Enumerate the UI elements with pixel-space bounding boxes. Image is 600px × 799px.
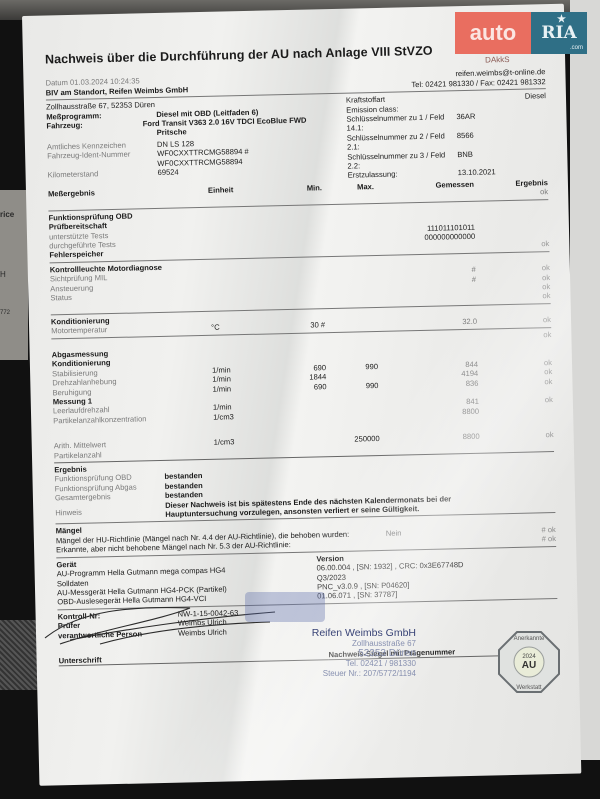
background-left-sheet: rice H 772 <box>0 190 28 360</box>
device-version: 01.06.071 , [SN: 37787] <box>317 590 397 601</box>
mean-unit: 1/cm3 <box>214 436 292 447</box>
row-unit: °C <box>211 321 289 332</box>
left-fragment-3: 772 <box>0 310 10 316</box>
document-body: Nachweis über die Durchführung der AU na… <box>45 44 559 667</box>
stamp-tax: Steuer Nr.: 207/5772/1194 <box>296 669 416 679</box>
blue-stamp-smudge <box>245 592 325 622</box>
defects-line-2-result: # ok <box>446 534 556 546</box>
watermark-ria: ★ RIA .com <box>531 12 587 54</box>
vehicle-body: Pritsche <box>157 128 187 138</box>
watermark-ria-text: RIA <box>541 23 576 43</box>
key2-value: 8566 <box>457 131 474 150</box>
vin-value-2: WF0CXXTTRCMG58894 <box>157 157 242 168</box>
row-unit: 1/cm3 <box>213 411 291 422</box>
watermark-auto: auto <box>455 12 531 54</box>
stamp-tel: Tel. 02421 / 981330 <box>296 659 416 669</box>
au-workshop-seal-icon: Anerkannte Werkstatt 2024 AU <box>497 630 561 694</box>
key2-label: Schlüsselnummer zu 2 / Feld 2.1: <box>347 131 457 152</box>
registration-label: Erstzulassung: <box>348 169 458 181</box>
svg-text:Werkstatt: Werkstatt <box>516 685 542 691</box>
watermark-ria-sub: .com <box>570 45 583 51</box>
key1-value: 36AR <box>456 112 475 131</box>
row-unit: 1/min <box>212 383 290 394</box>
left-fragment-1: rice <box>0 210 14 219</box>
stamp-city: 52353 Düren <box>296 649 416 659</box>
row-result: ok <box>477 315 551 326</box>
km-label: Kilometerstand <box>48 168 158 180</box>
row-min: 690 <box>290 382 326 392</box>
mean-max: 250000 <box>328 434 380 445</box>
row-max: 990 <box>326 381 378 392</box>
key3-label: Schlüsselnummer zu 3 / Feld 2.2: <box>347 150 457 171</box>
row-min: 30 # <box>289 320 325 330</box>
star-icon: ★ <box>557 14 566 25</box>
mean-result: ok <box>480 430 554 441</box>
vehicle-block: Zollhausstraße 67, 52353 Düren Meßprogra… <box>46 91 548 187</box>
km-value: 69524 <box>157 168 178 178</box>
header-outcome-value: ok <box>540 187 548 197</box>
hint-label: Hinweis <box>55 501 165 522</box>
signature-scribble <box>40 600 280 650</box>
key3-value: BNB <box>457 149 473 168</box>
row-max <box>327 409 379 420</box>
dakks-logo: DAkkS <box>485 55 510 65</box>
row-min <box>291 410 327 420</box>
background-fabric <box>0 620 40 690</box>
row-result <box>479 405 553 416</box>
stamp-company-name: Reifen Weimbs GmbH <box>296 627 416 639</box>
row-measured: 32.0 <box>377 317 477 329</box>
station-phone-fax: Tel: 02421 981330 / Fax: 02421 981332 <box>411 77 545 89</box>
svg-text:Anerkannte: Anerkannte <box>514 636 545 642</box>
svg-text:AU: AU <box>522 660 536 671</box>
dakks-name: DAkkS <box>485 55 510 65</box>
registration-value: 13.10.2021 <box>458 168 496 178</box>
company-stamp: Reifen Weimbs GmbH Zollhausstraße 67 523… <box>296 627 416 679</box>
autoria-watermark: auto ★ RIA .com <box>455 12 587 54</box>
key1-label: Schlüsselnummer zu 1 / Feld 14.1: <box>346 112 456 133</box>
row-result: ok <box>478 377 552 388</box>
left-fragment-2: H <box>0 270 6 279</box>
